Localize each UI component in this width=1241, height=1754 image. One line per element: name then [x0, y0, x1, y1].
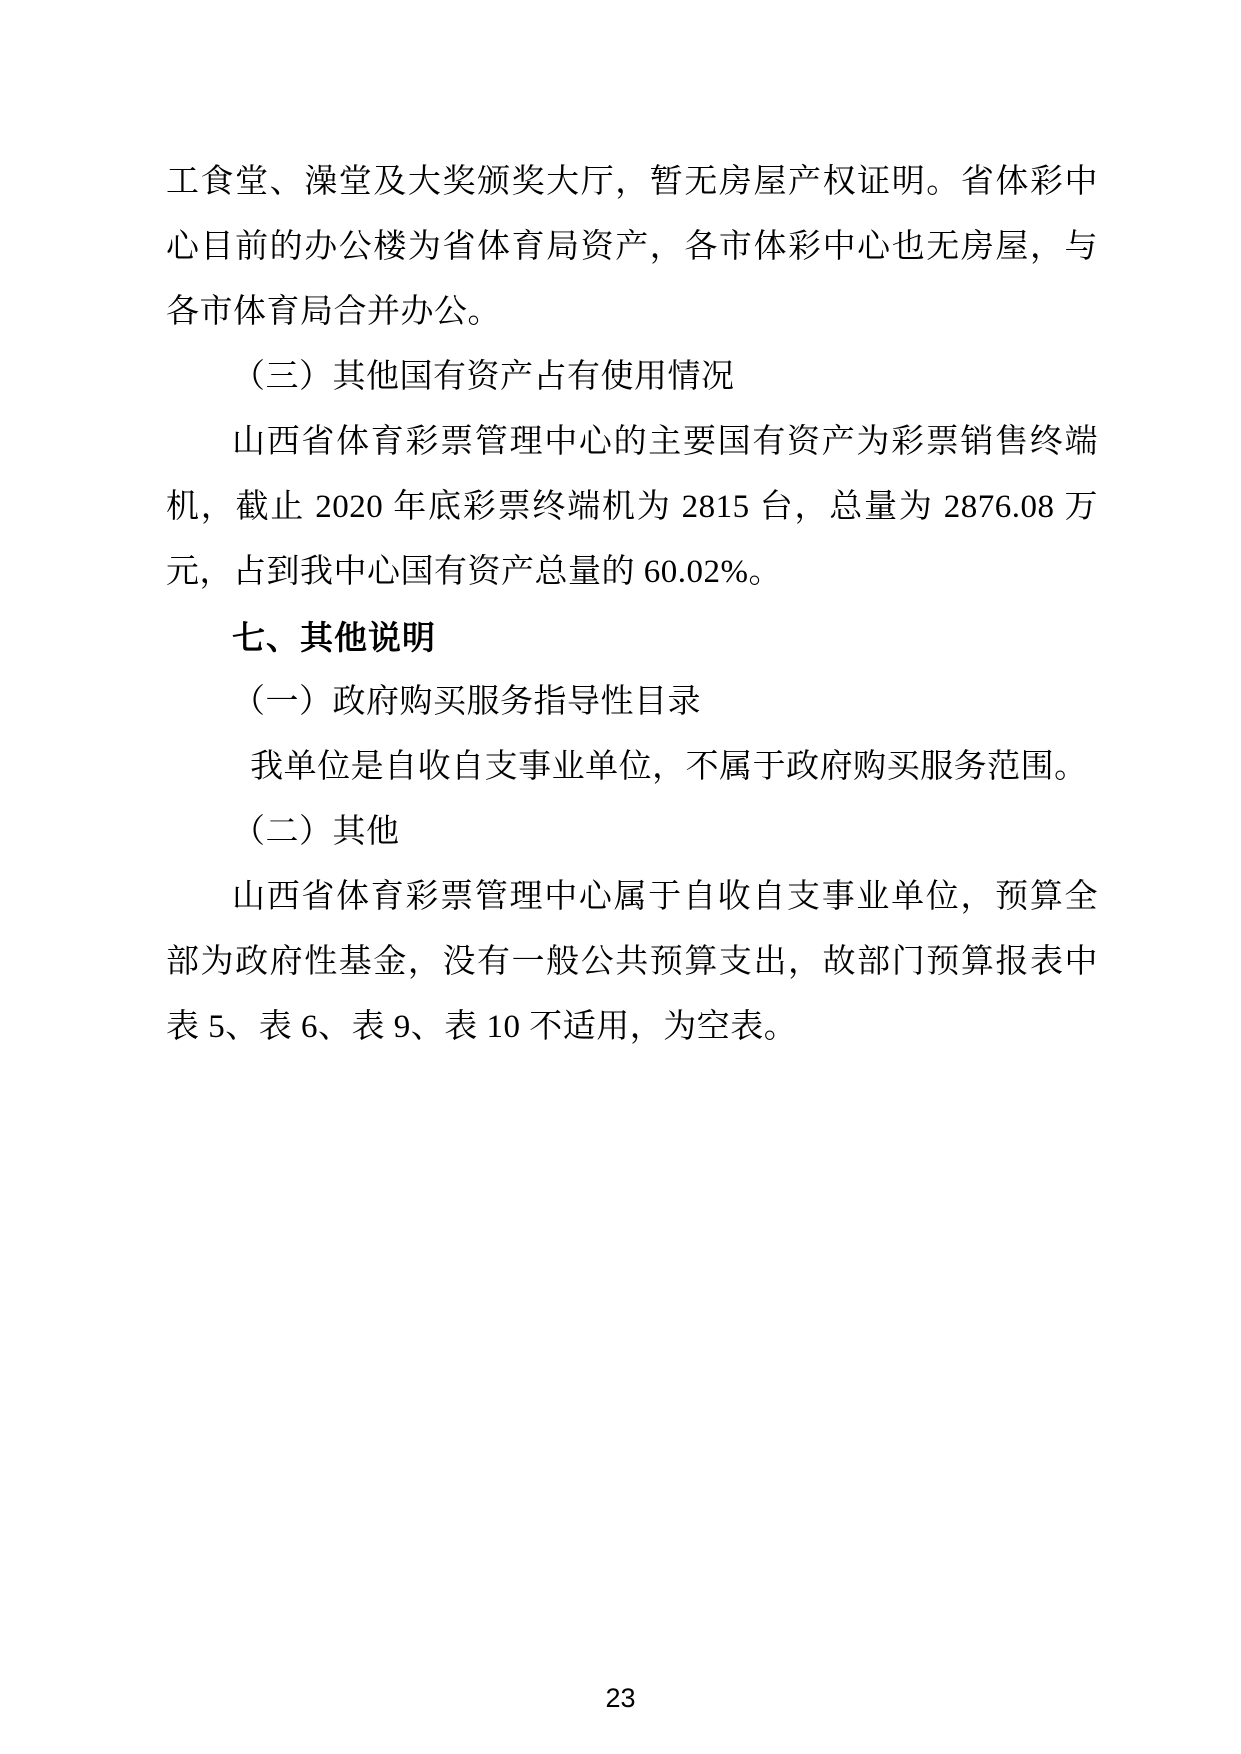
paragraph-self-supporting-unit: 我单位是自收自支事业单位，不属于政府购买服务范围。 — [166, 735, 1098, 800]
subsection-heading-gov-purchase-catalog: （一）政府购买服务指导性目录 — [166, 670, 1098, 735]
subsection-heading-other-state-assets: （三）其他国有资产占有使用情况 — [166, 345, 1098, 410]
paragraph-empty-tables-note: 山西省体育彩票管理中心属于自收自支事业单位，预算全部为政府性基金，没有一般公共预… — [166, 865, 1098, 1060]
page-number: 23 — [605, 1683, 635, 1713]
document-page: 工食堂、澡堂及大奖颁奖大厅，暂无房屋产权证明。省体彩中心目前的办公楼为省体育局资… — [0, 0, 1241, 1754]
subsection-heading-other: （二）其他 — [166, 800, 1098, 865]
paragraph-lottery-terminals: 山西省体育彩票管理中心的主要国有资产为彩票销售终端机，截止 2020 年底彩票终… — [166, 410, 1098, 605]
page-footer: 23 — [0, 1685, 1241, 1712]
document-body: 工食堂、澡堂及大奖颁奖大厅，暂无房屋产权证明。省体彩中心目前的办公楼为省体育局资… — [166, 150, 1098, 1060]
section-heading-other-notes: 七、其他说明 — [166, 605, 1098, 670]
paragraph-housing-continuation: 工食堂、澡堂及大奖颁奖大厅，暂无房屋产权证明。省体彩中心目前的办公楼为省体育局资… — [166, 150, 1098, 345]
